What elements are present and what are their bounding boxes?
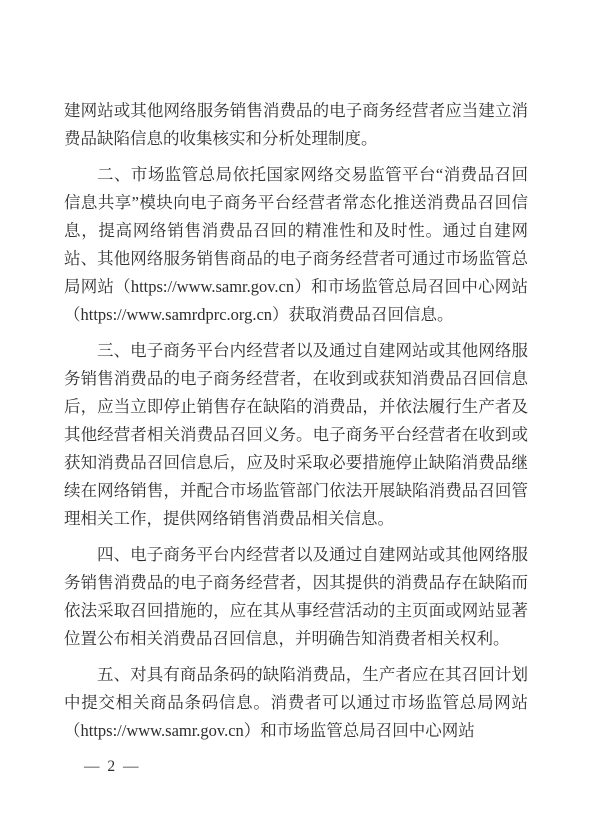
document-page: 建网站或其他网络服务销售消费品的电子商务经营者应当建立消费品缺陷信息的收集核实和… [0, 0, 591, 835]
paragraph-2: 二、市场监管总局依托国家网络交易监管平台“消费品召回信息共享”模块向电子商务平台… [64, 161, 528, 329]
paragraph-1-continuation: 建网站或其他网络服务销售消费品的电子商务经营者应当建立消费品缺陷信息的收集核实和… [64, 97, 528, 153]
document-body: 建网站或其他网络服务销售消费品的电子商务经营者应当建立消费品缺陷信息的收集核实和… [64, 97, 528, 745]
paragraph-5: 五、对具有商品条码的缺陷消费品，生产者应在其召回计划中提交相关商品条码信息。消费… [64, 661, 528, 745]
page-number: — 2 — [84, 757, 141, 777]
paragraph-4: 四、电子商务平台内经营者以及通过自建网站或其他网络服务销售消费品的电子商务经营者… [64, 541, 528, 653]
paragraph-3: 三、电子商务平台内经营者以及通过自建网站或其他网络服务销售消费品的电子商务经营者… [64, 337, 528, 533]
